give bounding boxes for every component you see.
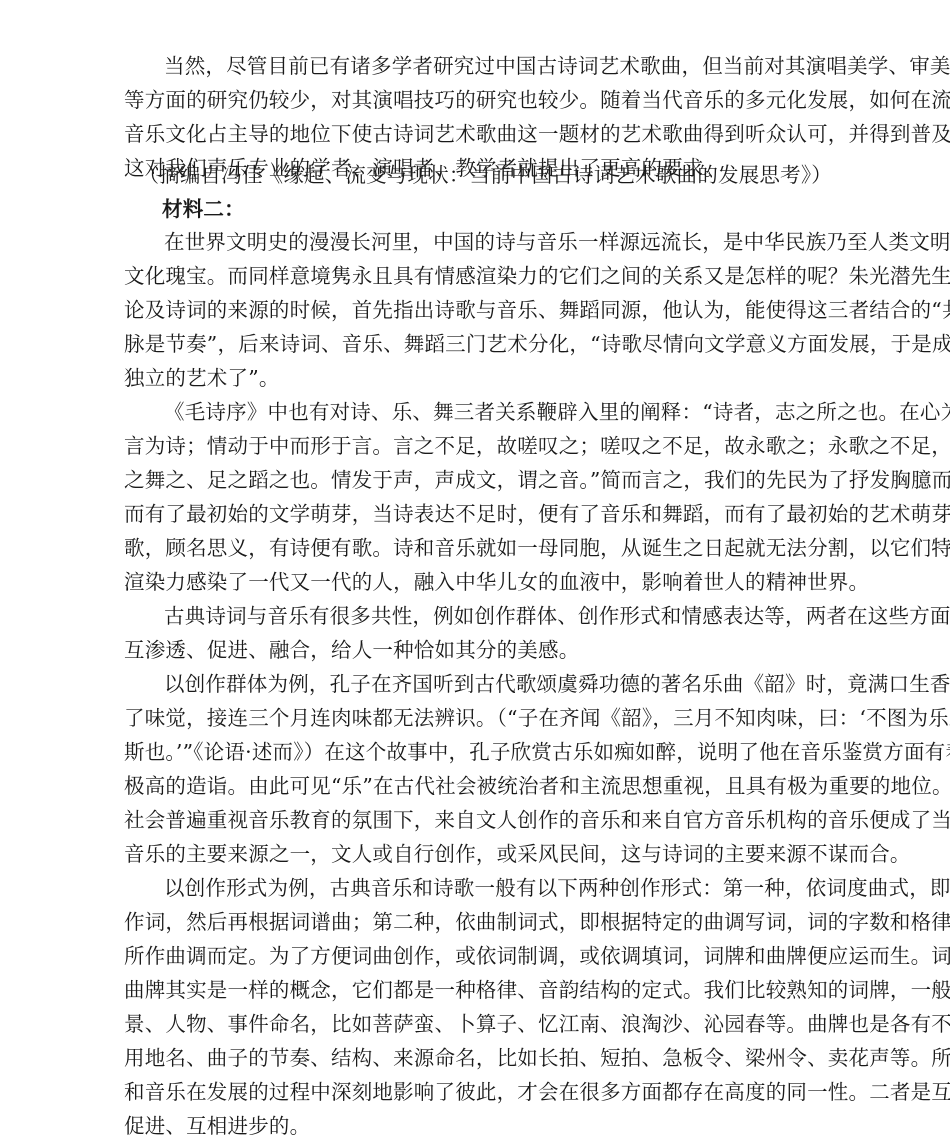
text-line: 古典诗词与音乐有很多共性，例如创作群体、创作形式和情感表达等，两者在这些方面的相 bbox=[164, 603, 832, 629]
text-line: 渲染力感染了一代又一代的人，融入中华儿女的血液中，影响着世人的精神世界。 bbox=[124, 569, 832, 595]
text-line: 社会普遍重视音乐教育的氛围下，来自文人创作的音乐和来自官方音乐机构的音乐便成了当… bbox=[124, 807, 832, 833]
text-line: 促进、互相进步的。 bbox=[124, 1113, 832, 1137]
text-line: 极高的造诣。由此可见“乐”在古代社会被统治者和主流思想重视，且具有极为重要的地位… bbox=[124, 773, 832, 799]
text-line: 和音乐在发展的过程中深刻地影响了彼此，才会在很多方面都存在高度的同一性。二者是互… bbox=[124, 1079, 832, 1105]
text-line: 在世界文明史的漫漫长河里，中国的诗与音乐一样源远流长，是中华民族乃至人类文明的 bbox=[164, 229, 832, 255]
text-line: 斯也。’”《论语·述而》）在这个故事中，孔子欣赏古乐如痴如醉，说明了他在音乐鉴赏… bbox=[124, 739, 832, 765]
source-citation: （摘编自冯佳《缘起、流变与现状：当前中国古诗词艺术歌曲的发展思考》） bbox=[138, 162, 832, 188]
text-line: 用地名、曲子的节奏、结构、来源命名，比如长拍、短拍、急板令、梁州令、卖花声等。所… bbox=[124, 1045, 832, 1071]
text-line: 了味觉，接连三个月连肉味都无法辨识。（“子在齐闻《韶》，三月不知肉味，曰：‘不图… bbox=[124, 705, 832, 731]
exam-page: 当然，尽管目前已有诸多学者研究过中国古诗词艺术歌曲，但当前对其演唱美学、审美特征… bbox=[0, 0, 950, 1137]
text-line: 曲牌其实是一样的概念，它们都是一种格律、音韵结构的定式。我们比较熟知的词牌，一般… bbox=[124, 977, 832, 1003]
text-line: 等方面的研究仍较少，对其演唱技巧的研究也较少。随着当代音乐的多元化发展，如何在流… bbox=[124, 87, 832, 113]
text-line: 歌，顾名思义，有诗便有歌。诗和音乐就如一母同胞，从诞生之日起就无法分割，以它们特… bbox=[124, 535, 832, 561]
text-line: 作词，然后再根据词谱曲；第二种，依曲制词式，即根据特定的曲调写词，词的字数和格律… bbox=[124, 909, 832, 935]
text-line: 音乐的主要来源之一，文人或自行创作，或采风民间，这与诗词的主要来源不谋而合。 bbox=[124, 841, 832, 867]
section-heading: 材料二： bbox=[162, 196, 870, 222]
text-line: 以创作群体为例，孔子在齐国听到古代歌颂虞舜功德的著名乐曲《韶》时，竟满口生香，丢… bbox=[164, 671, 832, 697]
text-line: 音乐文化占主导的地位下使古诗词艺术歌曲这一题材的艺术歌曲得到听众认可，并得到普及… bbox=[124, 121, 832, 147]
text-line: 以创作形式为例，古典音乐和诗歌一般有以下两种创作形式：第一种，依词度曲式，即先创 bbox=[164, 875, 832, 901]
text-line: 所作曲调而定。为了方便词曲创作，或依词制调，或依调填词，词牌和曲牌便应运而生。词… bbox=[124, 943, 832, 969]
text-line: 互渗透、促进、融合，给人一种恰如其分的美感。 bbox=[124, 637, 832, 663]
text-line: 论及诗词的来源的时候，首先指出诗歌与音乐、舞蹈同源，他认为，能使得这三者结合的“… bbox=[124, 297, 832, 323]
text-line: 而有了最初始的文学萌芽，当诗表达不足时，便有了音乐和舞蹈，而有了最初始的艺术萌芽… bbox=[124, 501, 832, 527]
text-line: 《毛诗序》中也有对诗、乐、舞三者关系鞭辟入里的阐释：“诗者，志之所之也。在心为志… bbox=[164, 399, 832, 425]
text-line: 言为诗；情动于中而形于言。言之不足，故嗟叹之；嗟叹之不足，故永歌之；永歌之不足，… bbox=[124, 433, 832, 459]
text-line: 文化瑰宝。而同样意境隽永且具有情感渲染力的它们之间的关系又是怎样的呢？朱光潜先生 bbox=[124, 263, 832, 289]
text-line: 独立的艺术了”。 bbox=[124, 365, 832, 391]
text-line: 当然，尽管目前已有诸多学者研究过中国古诗词艺术歌曲，但当前对其演唱美学、审美特征 bbox=[164, 53, 832, 79]
text-line: 景、人物、事件命名，比如菩萨蛮、卜算子、忆江南、浪淘沙、沁园春等。曲牌也是各有不… bbox=[124, 1011, 832, 1037]
text-line: 脉是节奏”，后来诗词、音乐、舞蹈三门艺术分化，“诗歌尽情向文学意义方面发展，于是… bbox=[124, 331, 832, 357]
text-line: 之舞之、足之蹈之也。情发于声，声成文，谓之音。”简而言之，我们的先民为了抒发胸臆… bbox=[124, 467, 832, 493]
